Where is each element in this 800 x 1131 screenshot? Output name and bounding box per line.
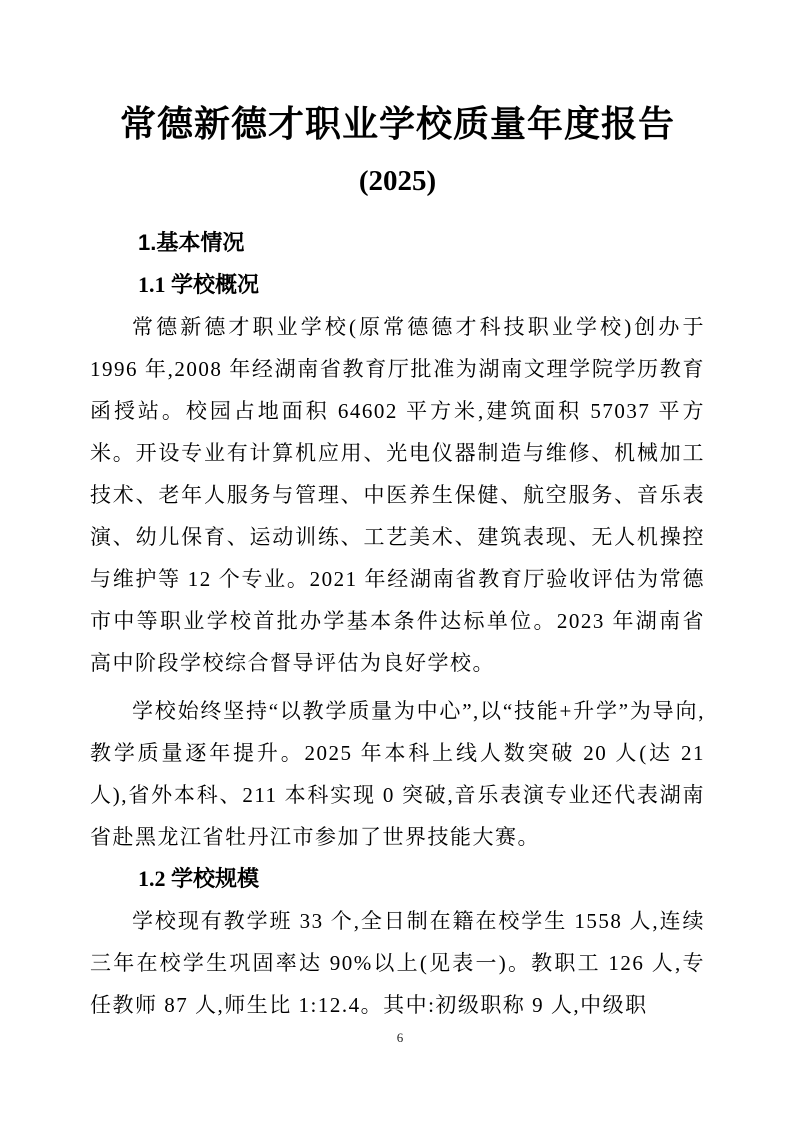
document-page: 常德新德才职业学校质量年度报告 (2025) 1.基本情况 1.1 学校概况 常…: [0, 0, 800, 1131]
subsection-heading-school-overview: 1.1 学校概况: [138, 270, 705, 300]
section-heading-basic-info: 1.基本情况: [138, 228, 705, 258]
document-title: 常德新德才职业学校质量年度报告: [90, 100, 705, 148]
page-number: 6: [0, 1030, 800, 1046]
subsection-heading-school-scale: 1.2 学校规模: [138, 864, 705, 894]
paragraph-school-overview-quality: 学校始终坚持“以教学质量为中心”,以“技能+升学”为导向,教学质量逐年提升。20…: [90, 690, 705, 858]
paragraph-school-scale: 学校现有教学班 33 个,全日制在籍在校学生 1558 人,连续三年在校学生巩固…: [90, 900, 705, 1026]
document-subtitle-year: (2025): [90, 160, 705, 202]
paragraph-school-overview-history: 常德新德才职业学校(原常德德才科技职业学校)创办于 1996 年,2008 年经…: [90, 306, 705, 684]
